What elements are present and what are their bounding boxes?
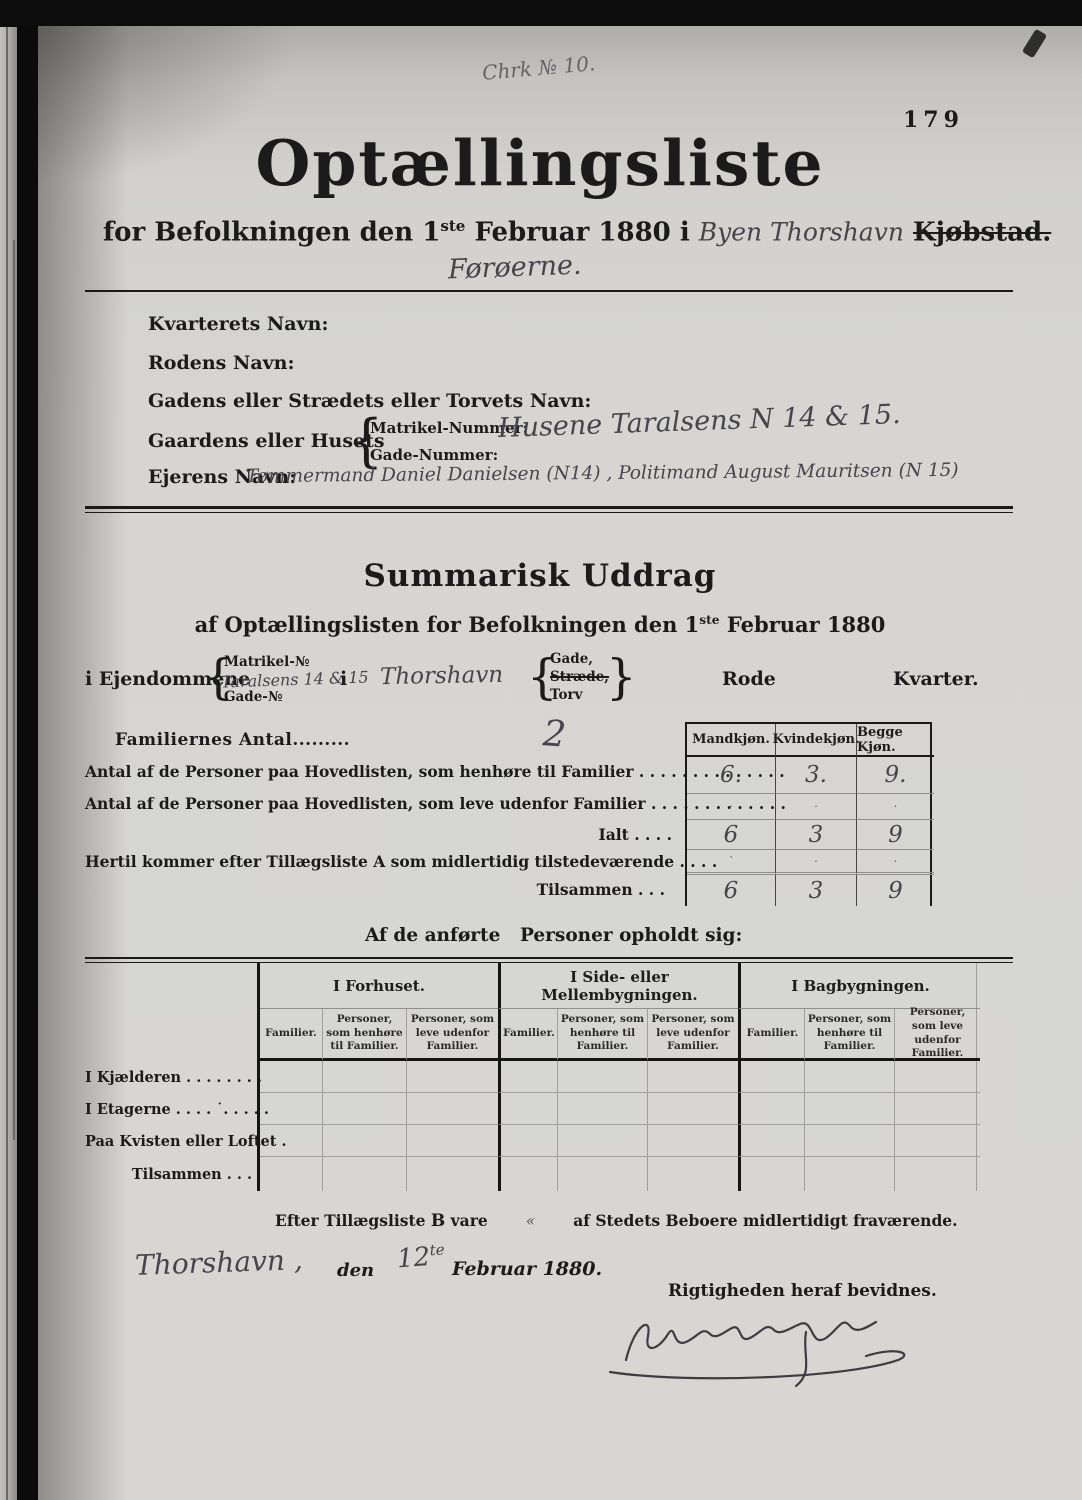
torv-option: Torv [550,687,582,703]
empty-cell [647,1157,738,1191]
row-label-etagerne: I Etagerne . . . . ˙. . . . . [85,1101,269,1118]
matrikel-no-label: Matrikel-№ [224,654,310,670]
rode-label: Rode [722,668,776,690]
empty-cell [894,1061,980,1093]
empty-cell [322,1157,406,1191]
handwritten-date-place: Thorshavn , [134,1243,303,1282]
value-cell: 9 [856,820,934,850]
value-cell: 6 [687,820,775,850]
document-title: Optællingsliste [36,126,1044,200]
value-cell: 9. [856,757,934,794]
summary-row-label: Hertil kommer efter Tillægsliste A som m… [85,852,717,871]
kvarter-label: Kvarter. [893,668,979,690]
subcol-header: Personer, som leve udenfor Familier. [894,1009,980,1061]
empty-cell [260,1157,322,1191]
empty-cell [738,1061,804,1093]
summary-table: Mandkjøn. Kvindekjøn. Begge Kjøn. 6. 3. … [685,722,932,906]
empty-cell [557,1125,647,1157]
row-label-kvisten: Paa Kvisten eller Loftet . [85,1133,287,1150]
empty-cell [322,1125,406,1157]
attestation-text: Rigtigheden heraf bevidnes. [668,1281,937,1301]
value-cell: 3 [775,820,856,850]
empty-cell [498,1061,557,1093]
scanned-census-page: Chrk № 10. 179 Optællingsliste for Befol… [0,0,1082,1500]
subcol-header: Personer, som henhøre til Familier. [804,1009,894,1061]
bold-b: B [431,1211,445,1231]
group-header-forhuset: I Forhuset. [260,963,498,1009]
empty-value-cell: · [856,794,934,820]
empty-cell [498,1157,557,1191]
tillaegsliste-b-line: Efter Tillægsliste B vare«af Stedets Beb… [275,1211,958,1231]
empty-cell [498,1093,557,1125]
double-rule-top [85,506,1013,509]
empty-cell [894,1157,980,1191]
printed-date: Februar 1880. [452,1258,602,1280]
empty-cell [894,1093,980,1125]
occupancy-heading-pre: Af de anførte [365,925,500,946]
value-cell: 6. [687,757,775,794]
empty-cell [557,1061,647,1093]
summary-subheading: af Optællingslisten for Befolkningen den… [36,612,1044,637]
subcol-header: Familier. [738,1009,804,1061]
summary-row-label: Ialt . . . . [85,825,672,844]
familiernes-antal-label: Familiernes Antal......... [115,730,350,750]
page-edge-line [6,0,8,1500]
gade-option: Gade, [550,651,593,667]
empty-cell [738,1157,804,1191]
signature [598,1302,928,1397]
binding-gap [17,0,39,1500]
value-cell: 3. [775,757,856,794]
document-subtitle: for Befolkningen den 1ste Februar 1880 i… [103,217,1051,248]
occupancy-table: I Forhuset. I Side- eller Mellembygninge… [257,963,977,1191]
empty-cell [406,1157,498,1191]
col-header-mandkjon: Mandkjøn. [687,724,775,757]
page-edge-line [13,240,15,1140]
empty-cell [804,1093,894,1125]
empty-cell [804,1061,894,1093]
row-label-tilsammen: Tilsammen . . . [85,1166,252,1183]
subcol-header: Personer, som henhøre til Familier. [322,1009,406,1061]
handwritten-family-count: 2 [542,713,568,755]
empty-cell [647,1093,738,1125]
subcol-header: Personer, som henhøre til Familier. [557,1009,647,1061]
empty-cell [322,1093,406,1125]
summary-row-label: Antal af de Personer paa Hovedlisten, so… [85,794,786,813]
footer-text: Efter Tillægsliste [275,1211,431,1230]
empty-value-cell: · [856,850,934,875]
printed-den: den [337,1260,374,1281]
empty-cell [498,1125,557,1157]
subcol-header: Personer, som leve udenfor Familier. [647,1009,738,1061]
group-header-mellembygningen: I Side- eller Mellembygningen. [498,963,738,1009]
row-label-kjaelderen: I Kjælderen . . . . . . . . [85,1069,262,1086]
empty-cell [738,1125,804,1157]
subtitle-text: Februar 1880 i [465,218,689,248]
subheading-text: af Optællingslisten for Befolkningen den… [195,612,700,637]
subcol-header: Familier. [498,1009,557,1061]
property-i: i [340,668,347,690]
empty-cell [406,1093,498,1125]
field-gade-nummer: Gade-Nummer: [370,446,498,464]
ordinal-suffix: ste [699,613,719,627]
horizontal-rule [85,290,1013,292]
value-cell: 3 [775,875,856,906]
summary-row-label: Tilsammen . . . [85,880,665,899]
field-kvarterets-navn: Kvarterets Navn: [148,313,328,335]
empty-value-cell: · [775,794,856,820]
day-number: 12 [396,1242,431,1274]
scan-top-border [0,0,1082,27]
empty-cell [260,1093,322,1125]
field-rodens-navn: Rodens Navn: [148,352,295,374]
double-rule-bottom [85,512,1013,513]
struck-kjobstad: Kjøbstad. [913,218,1051,248]
right-brace: } [606,649,637,705]
subcol-header: Personer, som leve udenfor Familier. [406,1009,498,1061]
handwritten-place: Thorshavn [380,662,504,690]
handwritten-day: 12te [396,1240,446,1274]
footer-text: vare [445,1211,487,1230]
handwritten-mark: « [488,1212,573,1230]
empty-cell [406,1125,498,1157]
empty-cell [894,1125,980,1157]
empty-cell [322,1061,406,1093]
empty-cell [647,1125,738,1157]
ordinal-suffix: ste [440,217,465,235]
summary-heading: Summarisk Uddrag [36,558,1044,594]
subtitle-text: for Befolkningen den 1 [103,218,440,248]
empty-cell [804,1157,894,1191]
empty-value-cell: · [775,850,856,875]
subcol-header: Familier. [260,1009,322,1061]
day-suffix: te [429,1240,445,1259]
footer-text: af Stedets Beboere midlertidigt fraværen… [573,1211,957,1230]
empty-cell [406,1061,498,1093]
gade-no-label: Gade-№ [224,689,283,705]
subheading-text: Februar 1880 [720,612,886,637]
straede-option-struck: Stræde, [550,669,609,685]
empty-cell [738,1093,804,1125]
empty-cell [804,1125,894,1157]
table-top-rule [85,957,1013,959]
handwritten-region: Førøerne. [447,250,582,286]
empty-cell [557,1157,647,1191]
empty-cell [557,1093,647,1125]
empty-cell [260,1061,322,1093]
empty-value-cell: ` [687,850,775,875]
value-cell: 9 [856,875,934,906]
col-header-kvindekjon: Kvindekjøn. [775,724,856,757]
summary-row-label: Antal af de Personer paa Hovedlisten, so… [85,762,785,781]
occupancy-heading-post: Personer opholdt sig: [520,925,742,946]
value-cell: 6 [687,875,775,906]
empty-value-cell: · [687,794,775,820]
group-header-bagbygningen: I Bagbygningen. [738,963,980,1009]
empty-cell [647,1061,738,1093]
col-header-beggekjon: Begge Kjøn. [856,724,934,757]
handwritten-town: Byen Thorshavn [699,218,904,247]
